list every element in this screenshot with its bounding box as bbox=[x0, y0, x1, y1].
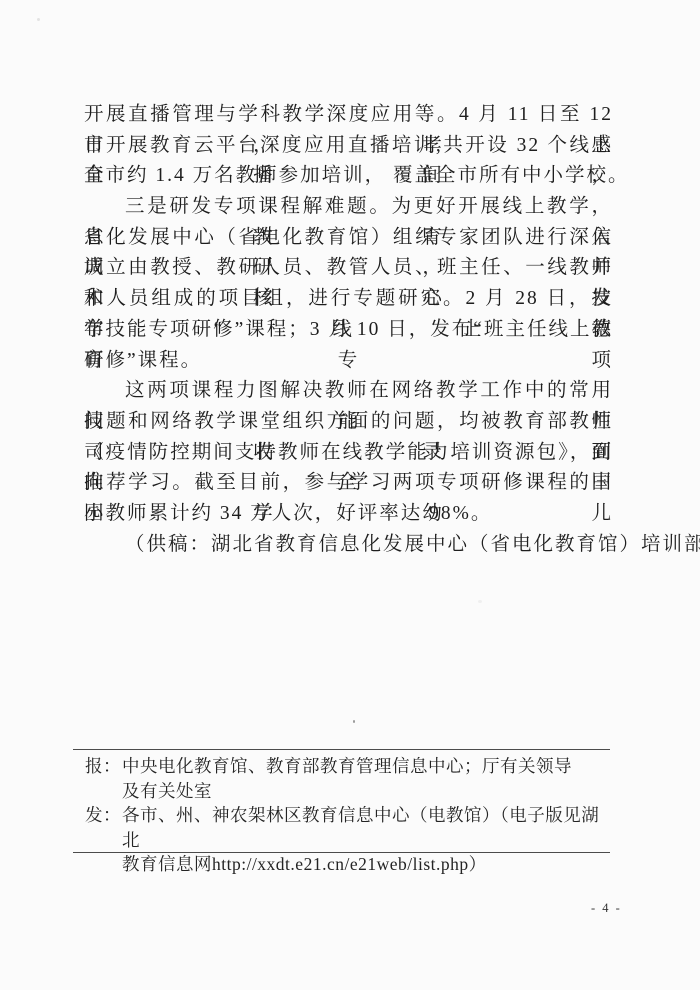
body-text-line: 全市约 1.4 万名教师参加培训， 覆盖全市所有中小学校。 bbox=[84, 161, 613, 192]
document-body: 开展直播管理与学科教学深度应用等。4 月 11 日至 12 日，孝感 市开展教育… bbox=[84, 100, 613, 560]
body-text-line: 开展直播管理与学科教学深度应用等。4 月 11 日至 12 日，孝感 bbox=[84, 100, 613, 131]
report-line: 中央电化教育馆、教育部教育管理信息中心；厅有关领导 bbox=[122, 754, 615, 779]
report-label: 报： bbox=[85, 754, 122, 803]
report-row: 报： 中央电化教育馆、教育部教育管理信息中心；厅有关领导 及有关处室 bbox=[85, 754, 615, 803]
body-text-line: 《疫情防控期间支持教师在线教学能力培训资源包》，面向全国 bbox=[84, 438, 613, 469]
distribute-row: 发： 各市、州、神农架林区教育信息中心（电教馆）（电子版见湖北 教育信息网htt… bbox=[85, 803, 615, 877]
report-line: 及有关处室 bbox=[122, 779, 615, 804]
page-number: - 4 - bbox=[591, 901, 622, 916]
distribution-block: 报： 中央电化教育馆、教育部教育管理信息中心；厅有关领导 及有关处室 发： 各市… bbox=[85, 754, 615, 877]
distribute-line: 教育信息网http://xxdt.e21.cn/e21web/list.php） bbox=[122, 852, 615, 877]
body-text-line: 术人员组成的项目组，进行专题研究。2 月 28 日，发布“线上教 bbox=[84, 284, 613, 315]
body-text-line: 成立由教授、教研人员、教管人员、班主任、一线教师和核心技 bbox=[84, 253, 613, 284]
separator-rule-top bbox=[73, 749, 610, 750]
distribute-line: 各市、州、神农架林区教育信息中心（电教馆）（电子版见湖北 bbox=[122, 803, 615, 852]
separator-rule-bottom bbox=[73, 852, 610, 853]
body-text-line: 推荐学习。截至目前，参与学习两项专项研修课程的中小学幼儿 bbox=[84, 468, 613, 499]
body-text-line: 三是研发专项课程解难题。为更好开展线上教学，省教育信 bbox=[84, 192, 613, 223]
body-text-line: 学技能专项研修”课程；3 月 10 日，发布“班主任线上德育专项 bbox=[84, 315, 613, 346]
scan-speck bbox=[353, 720, 355, 723]
distribute-label: 发： bbox=[85, 803, 122, 877]
body-text-line: 这两项课程力图解决教师在网络教学工作中的常用技能性 bbox=[84, 376, 613, 407]
body-text-line: 市开展教育云平台深度应用直播培训,共开设 32 个线上直播间， bbox=[84, 131, 613, 162]
attribution-line: （供稿：湖北省教育信息化发展中心（省电化教育馆）培训部） bbox=[84, 530, 613, 561]
body-text-line: 息化发展中心（省电化教育馆）组织专家团队进行深入调研，并 bbox=[84, 223, 613, 254]
scan-speck bbox=[478, 600, 482, 603]
body-text-line: 问题和网络教学课堂组织方面的问题，均被教育部教师司收录到 bbox=[84, 407, 613, 438]
report-content: 中央电化教育馆、教育部教育管理信息中心；厅有关领导 及有关处室 bbox=[122, 754, 615, 803]
scan-speck bbox=[37, 18, 40, 21]
distribute-content: 各市、州、神农架林区教育信息中心（电教馆）（电子版见湖北 教育信息网http:/… bbox=[122, 803, 615, 877]
document-page: 开展直播管理与学科教学深度应用等。4 月 11 日至 12 日，孝感 市开展教育… bbox=[0, 0, 700, 990]
